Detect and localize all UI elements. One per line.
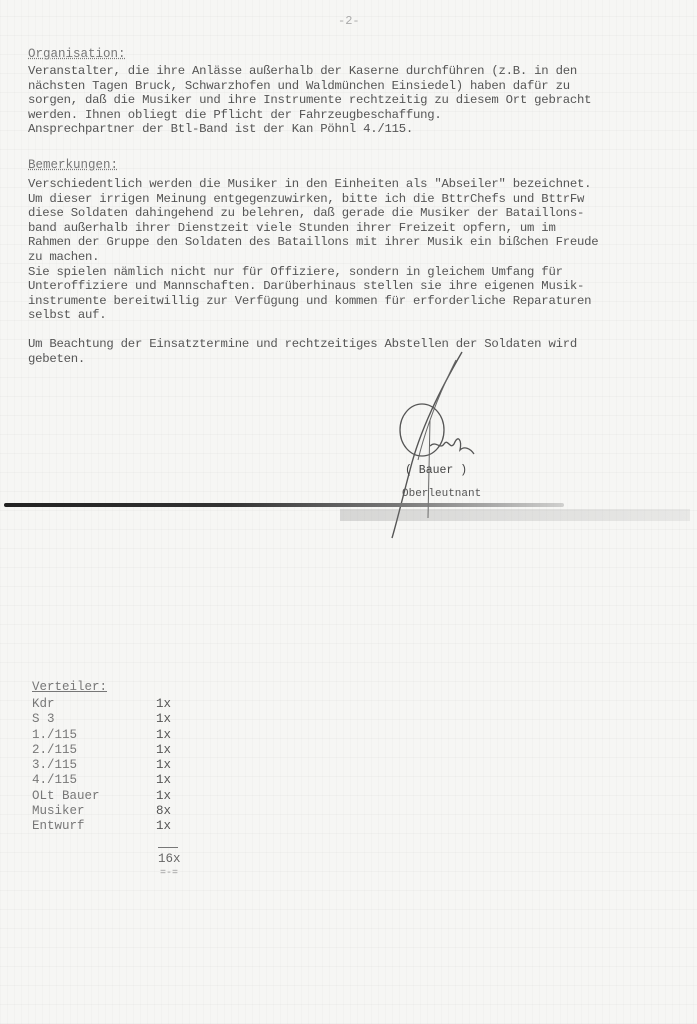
distribution-row: Entwurf1x — [32, 819, 186, 834]
total-count: 16x — [158, 847, 178, 866]
distribution-row: OLt Bauer1x — [32, 789, 186, 804]
recipient-name: 2./115 — [32, 743, 156, 758]
distribution-row: 2./1151x — [32, 743, 186, 758]
recipient-name: Kdr — [32, 697, 156, 712]
distribution-row: Musiker8x — [32, 804, 186, 819]
bemerkungen-line: diese Soldaten dahingehend zu belehren, … — [28, 206, 678, 221]
signatory-rank: Oberleutnant — [402, 488, 481, 500]
distribution-row: Kdr1x — [32, 697, 186, 712]
distribution-list: Kdr1xS 31x1./1151x2./1151x3./1151x4./115… — [32, 697, 186, 879]
bemerkungen-paragraph: Verschiedentlich werden die Musiker in d… — [28, 177, 678, 323]
bemerkungen-line: selbst auf. — [28, 308, 678, 323]
organisation-paragraph: Veranstalter, die ihre Anlässe außerhalb… — [28, 64, 678, 137]
organisation-line: Veranstalter, die ihre Anlässe außerhalb… — [28, 64, 678, 79]
bemerkungen-line: Um dieser irrigen Meinung entgegenzuwirk… — [28, 192, 678, 207]
signatory-name: ( Bauer ) — [405, 464, 467, 477]
recipient-name: 3./115 — [32, 758, 156, 773]
distribution-row: 3./1151x — [32, 758, 186, 773]
organisation-line: werden. Ihnen obliegt die Pflicht der Fa… — [28, 108, 678, 123]
bemerkungen-line: Sie spielen nämlich nicht nur für Offizi… — [28, 265, 678, 280]
bemerkungen-line: band außerhalb ihrer Dienstzeit viele St… — [28, 221, 678, 236]
recipient-name: OLt Bauer — [32, 789, 156, 804]
distribution-row: S 31x — [32, 712, 186, 727]
copy-count: 1x — [156, 743, 186, 758]
organisation-line: Ansprechpartner der Btl-Band ist der Kan… — [28, 122, 678, 137]
closing-line: Um Beachtung der Einsatztermine und rech… — [28, 337, 678, 352]
recipient-name: 1./115 — [32, 728, 156, 743]
bemerkungen-line: Rahmen der Gruppe den Soldaten des Batai… — [28, 235, 678, 250]
scan-smudge — [340, 509, 690, 521]
closing-paragraph: Um Beachtung der Einsatztermine und rech… — [28, 337, 678, 366]
copy-count: 1x — [156, 697, 186, 712]
verteiler-heading: Verteiler: — [32, 680, 107, 694]
end-mark: =-= — [160, 868, 186, 879]
distribution-row: 4./1151x — [32, 773, 186, 788]
recipient-name: S 3 — [32, 712, 156, 727]
recipient-name: Musiker — [32, 804, 156, 819]
organisation-line: nächsten Tagen Bruck, Schwarzhofen und W… — [28, 79, 678, 94]
recipient-name: Entwurf — [32, 819, 156, 834]
closing-line: gebeten. — [28, 352, 678, 367]
copy-count: 1x — [156, 712, 186, 727]
organisation-line: sorgen, daß die Musiker und ihre Instrum… — [28, 93, 678, 108]
bemerkungen-line: instrumente bereitwillig zur Verfügung u… — [28, 294, 678, 309]
section-heading-bemerkungen: Bemerkungen: — [28, 158, 118, 172]
bemerkungen-line: Unteroffiziere und Mannschaften. Darüber… — [28, 279, 678, 294]
copy-count: 1x — [156, 758, 186, 773]
copy-count: 8x — [156, 804, 186, 819]
page-number: -2- — [338, 14, 360, 28]
bemerkungen-line: Verschiedentlich werden die Musiker in d… — [28, 177, 678, 192]
copy-count: 1x — [156, 728, 186, 743]
recipient-name: 4./115 — [32, 773, 156, 788]
copy-count: 1x — [156, 773, 186, 788]
copy-count: 1x — [156, 819, 186, 834]
fold-line — [4, 503, 564, 507]
distribution-row: 1./1151x — [32, 728, 186, 743]
section-heading-organisation: Organisation: — [28, 47, 126, 61]
bemerkungen-line: zu machen. — [28, 250, 678, 265]
copy-count: 1x — [156, 789, 186, 804]
